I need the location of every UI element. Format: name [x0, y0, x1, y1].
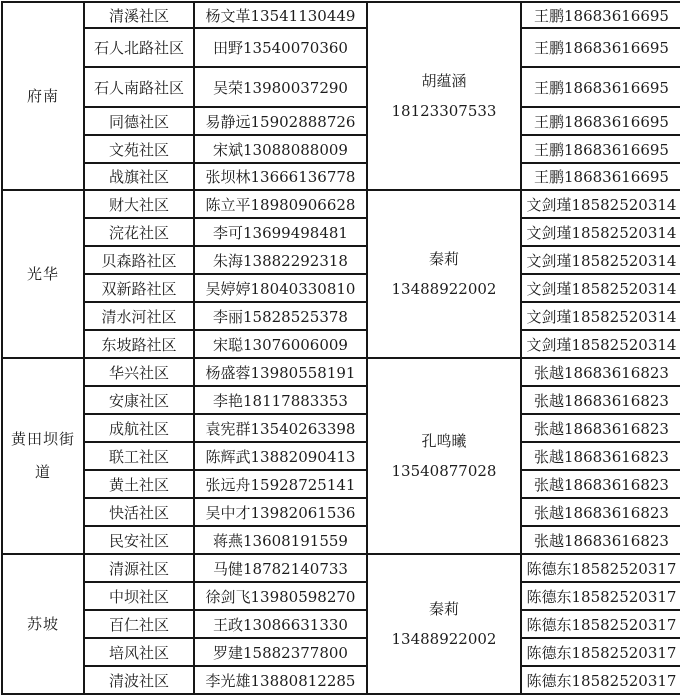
leader-cell: 王鹏18683616695: [521, 135, 680, 163]
coordinator-phone: 13488922002: [368, 280, 520, 298]
district-label: 光华: [10, 258, 76, 291]
community-cell: 战旗社区: [84, 163, 194, 190]
community-cell: 浣花社区: [84, 218, 194, 246]
contact-cell: 吴婷婷18040330810: [194, 274, 367, 302]
table-row: 清波社区 李光雄13880812285 陈德东18582520317: [2, 666, 680, 694]
contact-cell: 李可13699498481: [194, 218, 367, 246]
leader-cell: 张越18683616823: [521, 470, 680, 498]
community-cell: 同德社区: [84, 107, 194, 135]
community-cell: 东坡路社区: [84, 330, 194, 358]
community-cell: 清波社区: [84, 666, 194, 694]
leader-cell: 张越18683616823: [521, 414, 680, 442]
coordinator-cell: 孔鸣曦 13540877028: [367, 358, 521, 554]
leader-cell: 张越18683616823: [521, 358, 680, 386]
table-row: 成航社区 袁宪群13540263398 张越18683616823: [2, 414, 680, 442]
leader-cell: 张越18683616823: [521, 498, 680, 526]
contact-cell: 蒋燕13608191559: [194, 526, 367, 554]
coordinator-phone: 18123307533: [368, 102, 520, 120]
table-row: 同德社区 易静远15902888726 王鹏18683616695: [2, 107, 680, 135]
community-cell: 黄土社区: [84, 470, 194, 498]
leader-cell: 张越18683616823: [521, 526, 680, 554]
contact-cell: 罗建15882377800: [194, 638, 367, 666]
leader-cell: 文剑瑾18582520314: [521, 218, 680, 246]
leader-cell: 王鹏18683616695: [521, 163, 680, 190]
table-row: 中坝社区 徐剑飞13980598270 陈德东18582520317: [2, 582, 680, 610]
contact-directory-page: 府南 清溪社区 杨文革13541130449 胡蕴涵 18123307533 王…: [0, 1, 680, 696]
contact-cell: 徐剑飞13980598270: [194, 582, 367, 610]
contact-cell: 宋斌13088088009: [194, 135, 367, 163]
table-row: 快活社区 吴中才13982061536 张越18683616823: [2, 498, 680, 526]
community-cell: 民安社区: [84, 526, 194, 554]
contact-cell: 李光雄13880812285: [194, 666, 367, 694]
contact-cell: 宋聪13076006009: [194, 330, 367, 358]
contact-cell: 王政13086631330: [194, 610, 367, 638]
contact-cell: 朱海13882292318: [194, 246, 367, 274]
table-row: 贝森路社区 朱海13882292318 文剑瑾18582520314: [2, 246, 680, 274]
coordinator-phone: 13488922002: [368, 630, 520, 648]
coordinator-cell: 秦莉 13488922002: [367, 190, 521, 358]
contact-cell: 袁宪群13540263398: [194, 414, 367, 442]
coordinator-name: 孔鸣曦: [368, 432, 520, 450]
contact-cell: 马健18782140733: [194, 554, 367, 582]
leader-cell: 陈德东18582520317: [521, 666, 680, 694]
coordinator-cell: 秦莉 13488922002: [367, 554, 521, 694]
contact-cell: 吴荣13980037290: [194, 67, 367, 107]
district-cell: 苏坡: [2, 554, 84, 694]
community-cell: 贝森路社区: [84, 246, 194, 274]
community-cell: 石人南路社区: [84, 67, 194, 107]
contact-cell: 田野13540070360: [194, 28, 367, 67]
district-cell: 光华: [2, 190, 84, 358]
leader-cell: 张越18683616823: [521, 442, 680, 470]
community-cell: 快活社区: [84, 498, 194, 526]
table-row: 清水河社区 李丽15828525378 文剑瑾18582520314: [2, 302, 680, 330]
contact-cell: 陈辉武13882090413: [194, 442, 367, 470]
community-cell: 安康社区: [84, 386, 194, 414]
contact-cell: 吴中才13982061536: [194, 498, 367, 526]
leader-cell: 王鹏18683616695: [521, 2, 680, 28]
table-row: 百仁社区 王政13086631330 陈德东18582520317: [2, 610, 680, 638]
coordinator-cell: 胡蕴涵 18123307533: [367, 2, 521, 190]
coordinator-name: 秦莉: [368, 600, 520, 618]
table-row: 浣花社区 李可13699498481 文剑瑾18582520314: [2, 218, 680, 246]
leader-cell: 文剑瑾18582520314: [521, 330, 680, 358]
community-cell: 石人北路社区: [84, 28, 194, 67]
community-cell: 联工社区: [84, 442, 194, 470]
community-contact-table: 府南 清溪社区 杨文革13541130449 胡蕴涵 18123307533 王…: [1, 1, 680, 695]
contact-cell: 张坝林13666136778: [194, 163, 367, 190]
table-row: 苏坡 清源社区 马健18782140733 秦莉 13488922002 陈德东…: [2, 554, 680, 582]
community-cell: 成航社区: [84, 414, 194, 442]
contact-cell: 陈立平18980906628: [194, 190, 367, 218]
coordinator-name: 秦莉: [368, 250, 520, 268]
table-row: 黄土社区 张远舟15928725141 张越18683616823: [2, 470, 680, 498]
contact-cell: 张远舟15928725141: [194, 470, 367, 498]
table-row: 联工社区 陈辉武13882090413 张越18683616823: [2, 442, 680, 470]
coordinator-phone: 13540877028: [368, 462, 520, 480]
table-row: 石人北路社区 田野13540070360 王鹏18683616695: [2, 28, 680, 67]
contact-cell: 杨盛蓉13980558191: [194, 358, 367, 386]
leader-cell: 张越18683616823: [521, 386, 680, 414]
leader-cell: 文剑瑾18582520314: [521, 274, 680, 302]
contact-cell: 易静远15902888726: [194, 107, 367, 135]
leader-cell: 文剑瑾18582520314: [521, 246, 680, 274]
district-label: 府南: [10, 80, 76, 113]
table-row: 光华 财大社区 陈立平18980906628 秦莉 13488922002 文剑…: [2, 190, 680, 218]
district-cell: 府南: [2, 2, 84, 190]
table-row: 府南 清溪社区 杨文革13541130449 胡蕴涵 18123307533 王…: [2, 2, 680, 28]
leader-cell: 陈德东18582520317: [521, 554, 680, 582]
community-cell: 双新路社区: [84, 274, 194, 302]
community-cell: 清溪社区: [84, 2, 194, 28]
leader-cell: 王鹏18683616695: [521, 107, 680, 135]
table-row: 安康社区 李艳18117883353 张越18683616823: [2, 386, 680, 414]
leader-cell: 陈德东18582520317: [521, 610, 680, 638]
table-row: 东坡路社区 宋聪13076006009 文剑瑾18582520314: [2, 330, 680, 358]
leader-cell: 王鹏18683616695: [521, 28, 680, 67]
contact-cell: 杨文革13541130449: [194, 2, 367, 28]
community-cell: 中坝社区: [84, 582, 194, 610]
table-row: 培风社区 罗建15882377800 陈德东18582520317: [2, 638, 680, 666]
community-cell: 培风社区: [84, 638, 194, 666]
community-cell: 财大社区: [84, 190, 194, 218]
contact-cell: 李丽15828525378: [194, 302, 367, 330]
leader-cell: 王鹏18683616695: [521, 67, 680, 107]
community-cell: 华兴社区: [84, 358, 194, 386]
table-row: 战旗社区 张坝林13666136778 王鹏18683616695: [2, 163, 680, 190]
coordinator-name: 胡蕴涵: [368, 72, 520, 90]
leader-cell: 文剑瑾18582520314: [521, 190, 680, 218]
table-row: 双新路社区 吴婷婷18040330810 文剑瑾18582520314: [2, 274, 680, 302]
community-cell: 文苑社区: [84, 135, 194, 163]
leader-cell: 陈德东18582520317: [521, 638, 680, 666]
district-label: 黄田坝街道: [10, 423, 76, 489]
table-row: 文苑社区 宋斌13088088009 王鹏18683616695: [2, 135, 680, 163]
district-label: 苏坡: [10, 608, 76, 641]
community-cell: 清源社区: [84, 554, 194, 582]
table-row: 黄田坝街道 华兴社区 杨盛蓉13980558191 孔鸣曦 1354087702…: [2, 358, 680, 386]
leader-cell: 文剑瑾18582520314: [521, 302, 680, 330]
leader-cell: 陈德东18582520317: [521, 582, 680, 610]
community-cell: 百仁社区: [84, 610, 194, 638]
community-cell: 清水河社区: [84, 302, 194, 330]
contact-cell: 李艳18117883353: [194, 386, 367, 414]
district-cell: 黄田坝街道: [2, 358, 84, 554]
table-row: 石人南路社区 吴荣13980037290 王鹏18683616695: [2, 67, 680, 107]
table-row: 民安社区 蒋燕13608191559 张越18683616823: [2, 526, 680, 554]
